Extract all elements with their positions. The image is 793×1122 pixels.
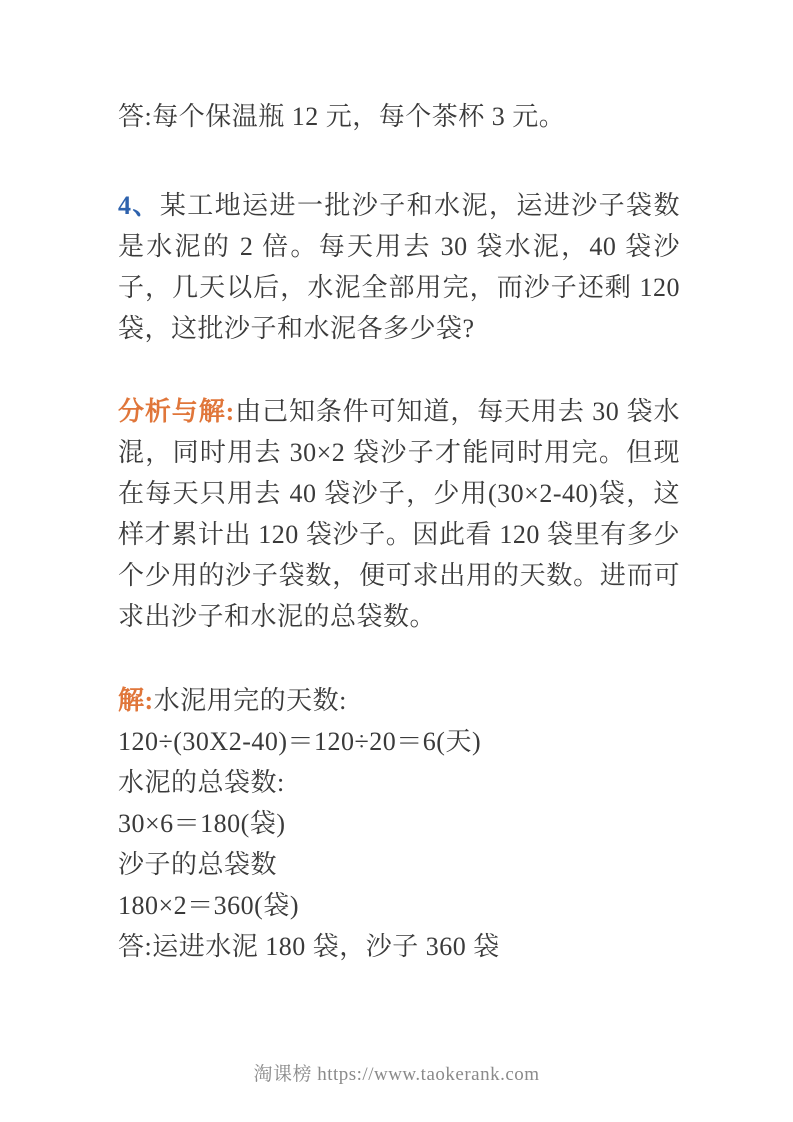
problem-paragraph: 4、某工地运进一批沙子和水泥，运进沙子袋数是水泥的 2 倍。每天用去 30 袋水… bbox=[118, 185, 680, 349]
solution-line: 水泥的总袋数: bbox=[118, 762, 680, 803]
solution-intro-line: 解:水泥用完的天数: bbox=[118, 680, 680, 721]
solution-line: 答:运进水泥 180 袋，沙子 360 袋 bbox=[118, 926, 680, 967]
solution-intro-text: 水泥用完的天数: bbox=[154, 686, 347, 715]
worksheet-content: 答:每个保温瓶 12 元，每个茶杯 3 元。 4、某工地运进一批沙子和水泥，运进… bbox=[118, 96, 680, 967]
solution-lines: 120÷(30X2-40)＝120÷20＝6(天)水泥的总袋数:30×6＝180… bbox=[118, 721, 680, 967]
analysis-paragraph: 分析与解:由己知条件可知道，每天用去 30 袋水混，同时用去 30×2 袋沙子才… bbox=[118, 391, 680, 637]
previous-answer-line: 答:每个保温瓶 12 元，每个茶杯 3 元。 bbox=[118, 96, 680, 137]
problem-number: 4、 bbox=[118, 191, 160, 220]
analysis-label: 分析与解: bbox=[118, 397, 235, 426]
analysis-text: 由己知条件可知道，每天用去 30 袋水混，同时用去 30×2 袋沙子才能同时用完… bbox=[118, 397, 680, 631]
problem-text: 某工地运进一批沙子和水泥，运进沙子袋数是水泥的 2 倍。每天用去 30 袋水泥，… bbox=[118, 191, 680, 343]
worksheet-page: 答:每个保温瓶 12 元，每个茶杯 3 元。 4、某工地运进一批沙子和水泥，运进… bbox=[0, 0, 793, 1122]
solution-line: 180×2＝360(袋) bbox=[118, 885, 680, 926]
solution-line: 沙子的总袋数 bbox=[118, 844, 680, 885]
footer-watermark: 淘课榜 https://www.taokerank.com bbox=[0, 1061, 793, 1089]
solution-line: 120÷(30X2-40)＝120÷20＝6(天) bbox=[118, 721, 680, 762]
solution-line: 30×6＝180(袋) bbox=[118, 803, 680, 844]
solution-label: 解: bbox=[118, 686, 154, 715]
solution-block: 解:水泥用完的天数: 120÷(30X2-40)＝120÷20＝6(天)水泥的总… bbox=[118, 680, 680, 967]
